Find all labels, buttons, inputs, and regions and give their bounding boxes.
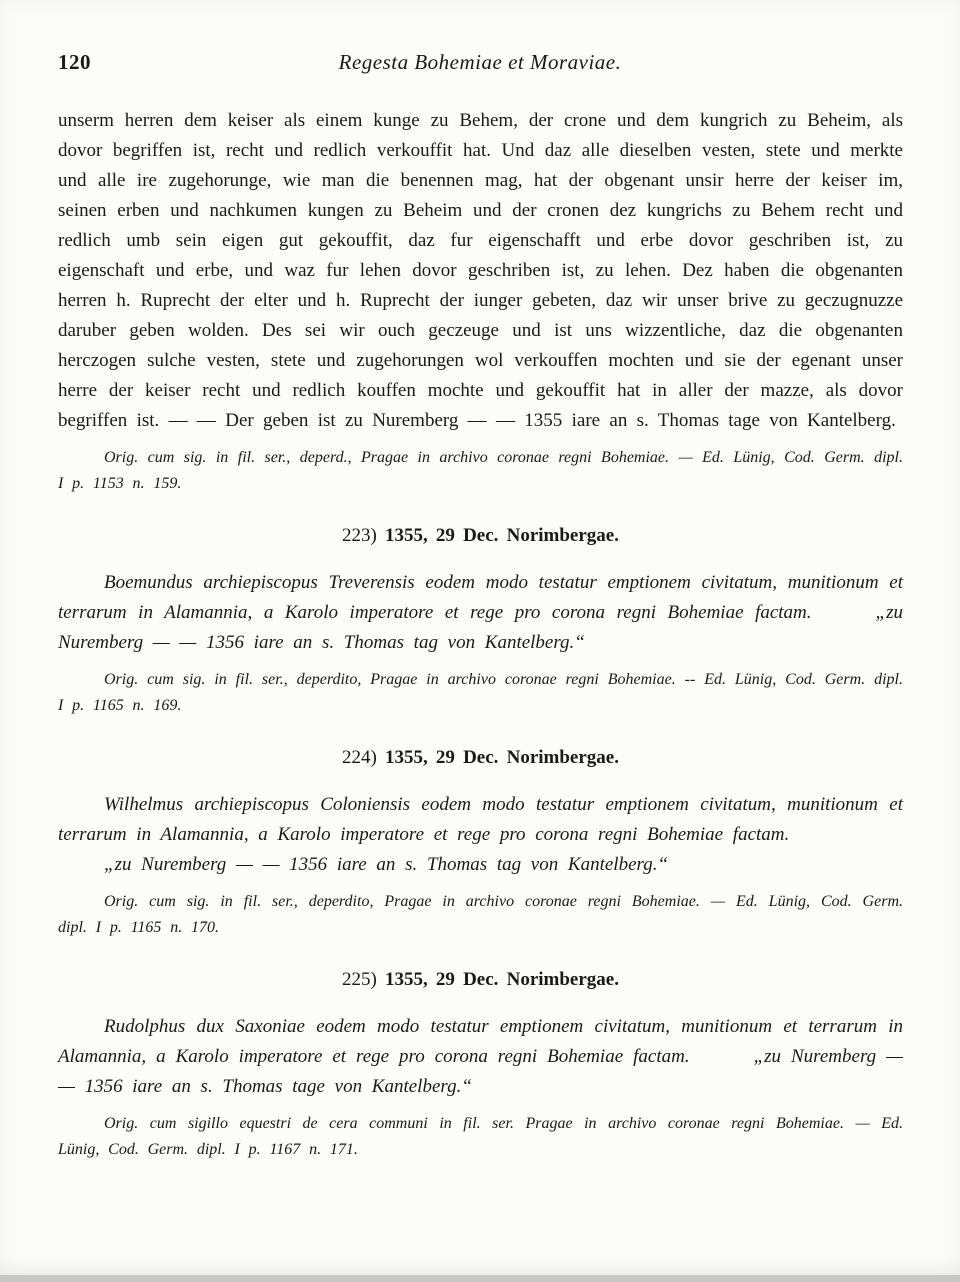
entry-body-223: Boemundus archiepiscopus Treverensis eod… (58, 568, 903, 658)
entry-heading-224: 224) 1355, 29 Dec. Norimbergae. (58, 746, 903, 770)
page-header: 120 Regesta Bohemiae et Moraviae. (0, 0, 960, 80)
entry-225: 225) 1355, 29 Dec. Norimbergae. Rudolphu… (58, 968, 903, 1163)
entry-body-225: Rudolphus dux Saxoniae eodem modo testat… (58, 1012, 903, 1102)
entry-heading-225: 225) 1355, 29 Dec. Norimbergae. (58, 968, 903, 992)
running-title: Regesta Bohemiae et Moraviae. (0, 50, 960, 75)
entry-number: 223) (342, 525, 377, 546)
document-page: 120 Regesta Bohemiae et Moraviae. unserm… (0, 0, 960, 1282)
entry-body-224: Wilhelmus archiepiscopus Coloniensis eod… (58, 790, 903, 880)
entry-date-place: 1355, 29 Dec. Norimbergae. (385, 969, 619, 990)
entry-224: 224) 1355, 29 Dec. Norimbergae. Wilhelmu… (58, 746, 903, 941)
entry-date-place: 1355, 29 Dec. Norimbergae. (385, 525, 619, 546)
entry-heading-223: 223) 1355, 29 Dec. Norimbergae. (58, 524, 903, 548)
scan-bottom-shade (0, 1257, 960, 1275)
entry-summary: Boemundus archiepiscopus Treverensis eod… (58, 572, 903, 623)
entry-number: 224) (342, 747, 377, 768)
scan-bottom-edge (0, 1275, 960, 1282)
page-number: 120 (58, 50, 91, 75)
entry-citation-223: Orig. cum sig. in fil. ser., deperdito, … (58, 667, 903, 719)
entry-citation-225: Orig. cum sigillo equestri de cera commu… (58, 1111, 903, 1163)
entry-date-place: 1355, 29 Dec. Norimbergae. (385, 747, 619, 768)
entry-quote: „zu Nuremberg — — 1356 iare an s. Thomas… (58, 850, 903, 880)
continuation-paragraph: unserm herren dem keiser als einem kunge… (58, 106, 903, 436)
entry-citation-224: Orig. cum sig. in fil. ser., deperdito, … (58, 889, 903, 941)
entry-number: 225) (342, 969, 377, 990)
page-body: unserm herren dem keiser als einem kunge… (58, 106, 903, 1163)
entry-223: 223) 1355, 29 Dec. Norimbergae. Boemundu… (58, 524, 903, 719)
entry-summary: Wilhelmus archiepiscopus Coloniensis eod… (58, 794, 903, 845)
continuation-citation: Orig. cum sig. in fil. ser., deperd., Pr… (58, 445, 903, 497)
